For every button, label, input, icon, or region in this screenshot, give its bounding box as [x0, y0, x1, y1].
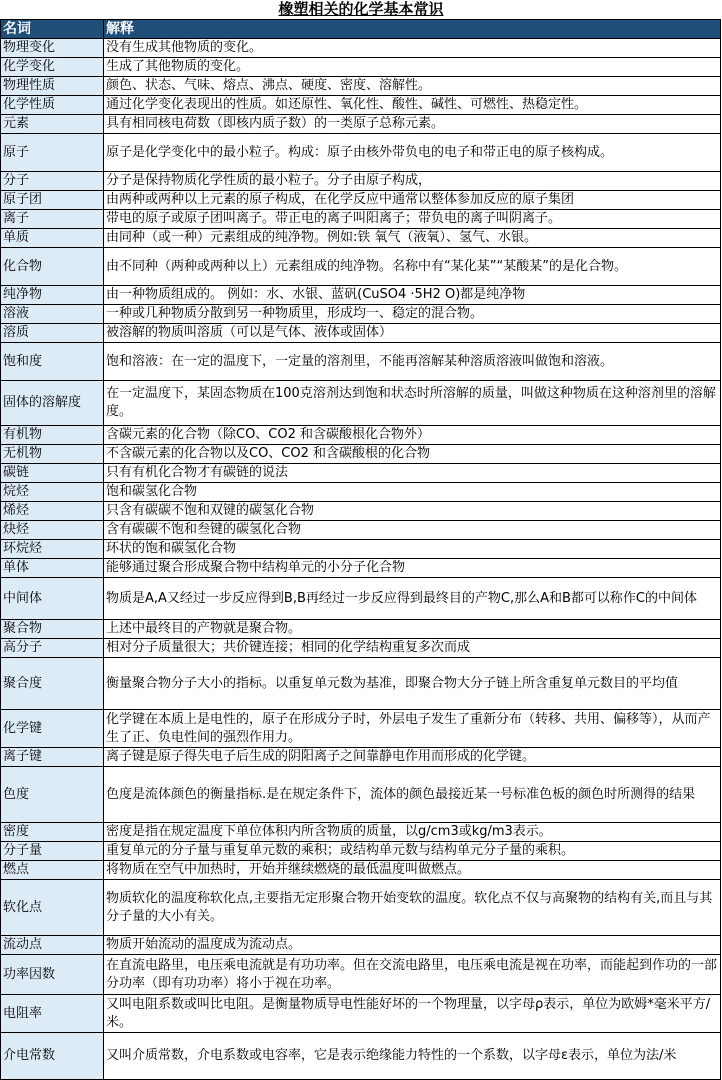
definition-cell: 色度是流体颜色的衡量指标.是在规定条件下，流体的颜色最接近某一号标准色板的颜色时…: [104, 767, 721, 823]
term-cell: 纯净物: [1, 286, 104, 305]
definition-cell: 饱和碳氢化合物: [104, 483, 721, 502]
table-row: 烷烃饱和碳氢化合物: [1, 483, 721, 502]
definition-cell: 物质开始流动的温度成为流动点。: [104, 936, 721, 955]
definition-cell: 由两种或两种以上元素的原子构成，在化学反应中通常以整体参加反应的原子集团: [104, 191, 721, 210]
table-row: 环烷烃环状的饱和碳氢化合物: [1, 540, 721, 559]
term-cell: 原子: [1, 134, 104, 172]
definition-cell: 带电的原子或原子团叫离子。带正电的离子叫阳离子；带负电的离子叫阴离子。: [104, 210, 721, 229]
definition-cell: 饱和溶液：在一定的温度下，一定量的溶剂里，不能再溶解某种溶质溶液叫做饱和溶液。: [104, 343, 721, 381]
term-cell: 电阻率: [1, 995, 104, 1033]
definition-cell: 只有有机化合物才有碳链的说法: [104, 464, 721, 483]
table-row: 物理变化没有生成其他物质的变化。: [1, 39, 721, 58]
term-cell: 单体: [1, 559, 104, 578]
column-header-definition: 解释: [104, 20, 721, 39]
definition-cell: 环状的饱和碳氢化合物: [104, 540, 721, 559]
table-row: 单体能够通过聚合形成聚合物中结构单元的小分子化合物: [1, 559, 721, 578]
definition-cell: 物质软化的温度称软化点,主要指无定形聚合物开始变软的温度。软化点不仅与高聚物的结…: [104, 880, 721, 936]
table-row: 分子分子是保持物质化学性质的最小粒子。分子由原子构成，: [1, 172, 721, 191]
definition-cell: 又叫介质常数，介电系数或电容率，它是表示绝缘能力特性的一个系数，以字母ε表示，单…: [104, 1033, 721, 1080]
term-cell: 聚合度: [1, 658, 104, 710]
term-cell: 无机物: [1, 445, 104, 464]
table-row: 密度密度是指在规定温度下单位体积内所含物质的质量，以g/cm3或kg/m3表示。: [1, 823, 721, 842]
term-cell: 分子量: [1, 842, 104, 861]
definition-cell: 由不同种（两种或两种以上）元素组成的纯净物。名称中有“某化某”“某酸某”的是化合…: [104, 248, 721, 286]
term-cell: 中间体: [1, 578, 104, 620]
term-cell: 化学性质: [1, 96, 104, 115]
definition-cell: 含有碳碳不饱和叁键的碳氢化合物: [104, 521, 721, 540]
table-row: 碳链只有有机化合物才有碳链的说法: [1, 464, 721, 483]
table-row: 化学键化学键在本质上是电性的，原子在形成分子时，外层电子发生了重新分布（转移、共…: [1, 710, 721, 748]
term-cell: 流动点: [1, 936, 104, 955]
table-row: 功率因数在直流电路里，电压乘电流就是有功功率。但在交流电路里，电压乘电流是视在功…: [1, 955, 721, 995]
table-row: 电阻率又叫电阻系数或叫比电阻。是衡量物质导电性能好坏的一个物理量，以字母ρ表示，…: [1, 995, 721, 1033]
term-cell: 分子: [1, 172, 104, 191]
table-row: 软化点物质软化的温度称软化点,主要指无定形聚合物开始变软的温度。软化点不仅与高聚…: [1, 880, 721, 936]
term-cell: 烷烃: [1, 483, 104, 502]
table-row: 化学变化生成了其他物质的变化。: [1, 58, 721, 77]
term-cell: 炔烃: [1, 521, 104, 540]
term-cell: 溶液: [1, 305, 104, 324]
table-row: 纯净物由一种物质组成的。 例如：水、水银、蓝矾(CuSO4 ·5H2 O)都是纯…: [1, 286, 721, 305]
table-row: 烯烃只含有碳碳不饱和双键的碳氢化合物: [1, 502, 721, 521]
term-cell: 化学变化: [1, 58, 104, 77]
definition-cell: 化学键在本质上是电性的，原子在形成分子时，外层电子发生了重新分布（转移、共用、偏…: [104, 710, 721, 748]
term-cell: 高分子: [1, 639, 104, 658]
table-row: 分子量重复单元的分子量与重复单元数的乘积；或结构单元数与结构单元分子量的乘积。: [1, 842, 721, 861]
page-title-text: 橡塑相关的化学基本常识: [278, 0, 443, 18]
table-row: 物理性质颜色、状态、气味、熔点、沸点、硬度、密度、溶解性。: [1, 77, 721, 96]
term-cell: 原子团: [1, 191, 104, 210]
table-row: 单质由同种（或一种）元素组成的纯净物。例如:铁 氧气（液氧）、氢气、水银。: [1, 229, 721, 248]
definition-cell: 能够通过聚合形成聚合物中结构单元的小分子化合物: [104, 559, 721, 578]
term-cell: 物理变化: [1, 39, 104, 58]
glossary-table: 名词 解释 物理变化没有生成其他物质的变化。化学变化生成了其他物质的变化。物理性…: [0, 19, 721, 1080]
definition-cell: 没有生成其他物质的变化。: [104, 39, 721, 58]
definition-cell: 分子是保持物质化学性质的最小粒子。分子由原子构成，: [104, 172, 721, 191]
table-row: 聚合度衡量聚合物分子大小的指标。以重复单元数为基准，即聚合物大分子链上所含重复单…: [1, 658, 721, 710]
definition-cell: 含碳元素的化合物（除CO、CO2 和含碳酸根化合物外）: [104, 426, 721, 445]
definition-cell: 密度是指在规定温度下单位体积内所含物质的质量，以g/cm3或kg/m3表示。: [104, 823, 721, 842]
term-cell: 元素: [1, 115, 104, 134]
definition-cell: 离子键是原子得失电子后生成的阴阳离子之间靠静电作用而形成的化学键。: [104, 748, 721, 767]
definition-cell: 相对分子质量很大；共价键连接；相同的化学结构重复多次而成: [104, 639, 721, 658]
term-cell: 化学键: [1, 710, 104, 748]
definition-cell: 原子是化学变化中的最小粒子。构成：原子由核外带负电的电子和带正电的原子核构成。: [104, 134, 721, 172]
table-row: 原子团由两种或两种以上元素的原子构成，在化学反应中通常以整体参加反应的原子集团: [1, 191, 721, 210]
term-cell: 功率因数: [1, 955, 104, 995]
table-row: 固体的溶解度在一定温度下，某固态物质在100克溶剂达到饱和状态时所溶解的质量，叫…: [1, 381, 721, 426]
term-cell: 介电常数: [1, 1033, 104, 1080]
table-row: 有机物含碳元素的化合物（除CO、CO2 和含碳酸根化合物外）: [1, 426, 721, 445]
definition-cell: 上述中最终目的产物就是聚合物。: [104, 620, 721, 639]
definition-cell: 重复单元的分子量与重复单元数的乘积；或结构单元数与结构单元分子量的乘积。: [104, 842, 721, 861]
table-row: 离子键离子键是原子得失电子后生成的阴阳离子之间靠静电作用而形成的化学键。: [1, 748, 721, 767]
table-row: 元素具有相同核电荷数（即核内质子数）的一类原子总称元素。: [1, 115, 721, 134]
table-row: 高分子相对分子质量很大；共价键连接；相同的化学结构重复多次而成: [1, 639, 721, 658]
term-cell: 烯烃: [1, 502, 104, 521]
term-cell: 色度: [1, 767, 104, 823]
definition-cell: 又叫电阻系数或叫比电阻。是衡量物质导电性能好坏的一个物理量，以字母ρ表示，单位为…: [104, 995, 721, 1033]
term-cell: 环烷烃: [1, 540, 104, 559]
definition-cell: 被溶解的物质叫溶质（可以是气体、液体或固体）: [104, 324, 721, 343]
table-body: 物理变化没有生成其他物质的变化。化学变化生成了其他物质的变化。物理性质颜色、状态…: [1, 39, 721, 1080]
table-row: 溶质被溶解的物质叫溶质（可以是气体、液体或固体）: [1, 324, 721, 343]
table-row: 色度色度是流体颜色的衡量指标.是在规定条件下，流体的颜色最接近某一号标准色板的颜…: [1, 767, 721, 823]
table-row: 聚合物上述中最终目的产物就是聚合物。: [1, 620, 721, 639]
term-cell: 离子: [1, 210, 104, 229]
definition-cell: 生成了其他物质的变化。: [104, 58, 721, 77]
term-cell: 软化点: [1, 880, 104, 936]
definition-cell: 衡量聚合物分子大小的指标。以重复单元数为基准，即聚合物大分子链上所含重复单元数目…: [104, 658, 721, 710]
table-row: 中间体物质是A,A又经过一步反应得到B,B再经过一步反应得到最终目的产物C,那么…: [1, 578, 721, 620]
table-row: 流动点物质开始流动的温度成为流动点。: [1, 936, 721, 955]
table-row: 炔烃含有碳碳不饱和叁键的碳氢化合物: [1, 521, 721, 540]
term-cell: 离子键: [1, 748, 104, 767]
definition-cell: 由同种（或一种）元素组成的纯净物。例如:铁 氧气（液氧）、氢气、水银。: [104, 229, 721, 248]
definition-cell: 具有相同核电荷数（即核内质子数）的一类原子总称元素。: [104, 115, 721, 134]
definition-cell: 只含有碳碳不饱和双键的碳氢化合物: [104, 502, 721, 521]
table-row: 溶液一种或几种物质分散到另一种物质里，形成均一、稳定的混合物。: [1, 305, 721, 324]
page-title: 橡塑相关的化学基本常识: [0, 0, 722, 19]
definition-cell: 在一定温度下，某固态物质在100克溶剂达到饱和状态时所溶解的质量，叫做这种物质在…: [104, 381, 721, 426]
definition-cell: 通过化学变化表现出的性质。如还原性、氧化性、酸性、碱性、可燃性、热稳定性。: [104, 96, 721, 115]
term-cell: 溶质: [1, 324, 104, 343]
table-row: 燃点将物质在空气中加热时，开始并继续燃烧的最低温度叫做燃点。: [1, 861, 721, 880]
table-row: 化合物由不同种（两种或两种以上）元素组成的纯净物。名称中有“某化某”“某酸某”的…: [1, 248, 721, 286]
table-row: 离子带电的原子或原子团叫离子。带正电的离子叫阳离子；带负电的离子叫阴离子。: [1, 210, 721, 229]
table-row: 无机物不含碳元素的化合物以及CO、CO2 和含碳酸根的化合物: [1, 445, 721, 464]
term-cell: 固体的溶解度: [1, 381, 104, 426]
term-cell: 饱和度: [1, 343, 104, 381]
term-cell: 聚合物: [1, 620, 104, 639]
table-row: 原子原子是化学变化中的最小粒子。构成：原子由核外带负电的电子和带正电的原子核构成…: [1, 134, 721, 172]
table-row: 介电常数又叫介质常数，介电系数或电容率，它是表示绝缘能力特性的一个系数，以字母ε…: [1, 1033, 721, 1080]
column-header-term: 名词: [1, 20, 104, 39]
term-cell: 单质: [1, 229, 104, 248]
term-cell: 燃点: [1, 861, 104, 880]
definition-cell: 一种或几种物质分散到另一种物质里，形成均一、稳定的混合物。: [104, 305, 721, 324]
term-cell: 碳链: [1, 464, 104, 483]
term-cell: 有机物: [1, 426, 104, 445]
definition-cell: 由一种物质组成的。 例如：水、水银、蓝矾(CuSO4 ·5H2 O)都是纯净物: [104, 286, 721, 305]
definition-cell: 将物质在空气中加热时，开始并继续燃烧的最低温度叫做燃点。: [104, 861, 721, 880]
term-cell: 密度: [1, 823, 104, 842]
table-row: 饱和度饱和溶液：在一定的温度下，一定量的溶剂里，不能再溶解某种溶质溶液叫做饱和溶…: [1, 343, 721, 381]
table-header-row: 名词 解释: [1, 20, 721, 39]
definition-cell: 不含碳元素的化合物以及CO、CO2 和含碳酸根的化合物: [104, 445, 721, 464]
term-cell: 化合物: [1, 248, 104, 286]
table-row: 化学性质通过化学变化表现出的性质。如还原性、氧化性、酸性、碱性、可燃性、热稳定性…: [1, 96, 721, 115]
term-cell: 物理性质: [1, 77, 104, 96]
definition-cell: 颜色、状态、气味、熔点、沸点、硬度、密度、溶解性。: [104, 77, 721, 96]
definition-cell: 在直流电路里，电压乘电流就是有功功率。但在交流电路里，电压乘电流是视在功率，而能…: [104, 955, 721, 995]
definition-cell: 物质是A,A又经过一步反应得到B,B再经过一步反应得到最终目的产物C,那么A和B…: [104, 578, 721, 620]
